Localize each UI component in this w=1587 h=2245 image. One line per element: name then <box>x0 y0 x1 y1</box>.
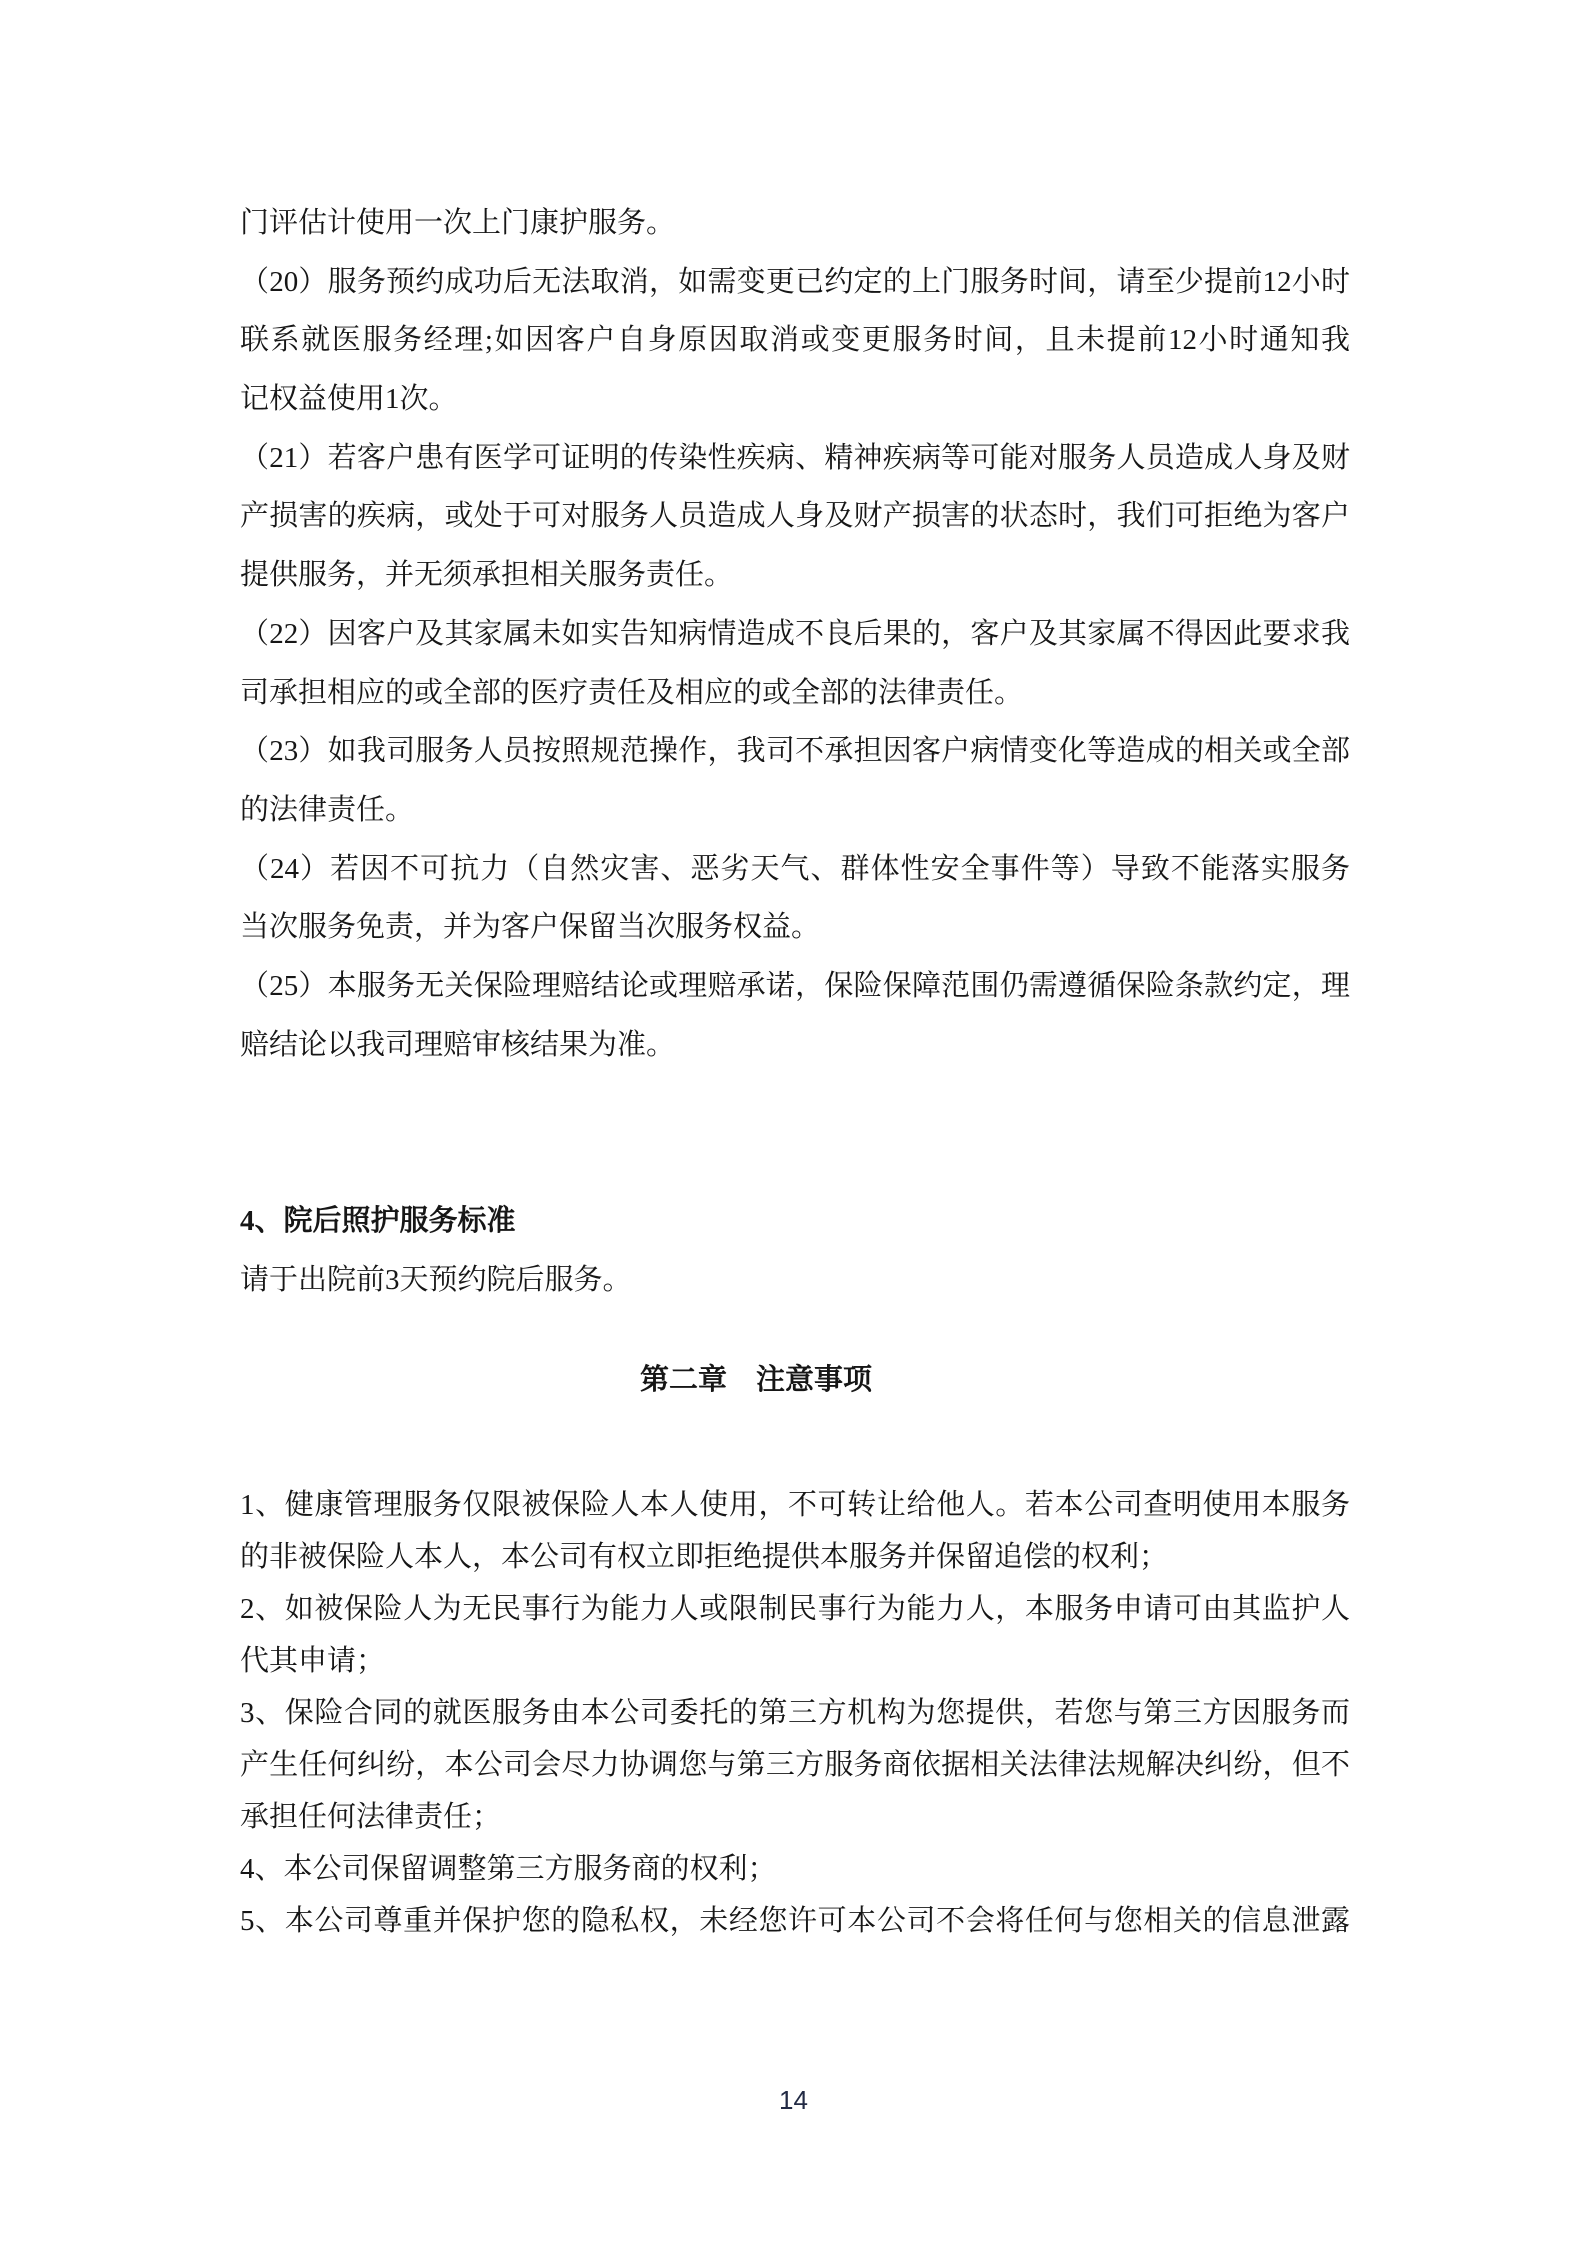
chapter-title: 第二章 注意事项 <box>201 1351 1311 1410</box>
section-heading: 4、院后照护服务标准 <box>240 1192 1350 1251</box>
note-line: 2、如被保险人为无民事行为能力人或限制民事行为能力人，本服务申请可由其监护人 <box>240 1583 1350 1635</box>
body-line: （25）本服务无关保险理赔结论或理赔承诺，保险保障范围仍需遵循保险条款约定，理 <box>240 957 1350 1016</box>
page-number: 14 <box>0 2087 1587 2113</box>
note-line: 产生任何纠纷，本公司会尽力协调您与第三方服务商依据相关法律法规解决纠纷，但不 <box>240 1739 1350 1791</box>
note-line: 1、健康管理服务仅限被保险人本人使用，不可转让给他人。若本公司查明使用本服务 <box>240 1479 1350 1531</box>
note-line: 代其申请； <box>240 1635 1350 1687</box>
page-body: 门评估计使用一次上门康护服务。 （20）服务预约成功后无法取消，如需变更已约定的… <box>240 194 1350 1947</box>
body-line: 记权益使用1次。 <box>240 370 1350 429</box>
note-line: 承担任何法律责任； <box>240 1791 1350 1843</box>
note-line: 3、保险合同的就医服务由本公司委托的第三方机构为您提供，若您与第三方因服务而 <box>240 1687 1350 1739</box>
body-line: 赔结论以我司理赔审核结果为准。 <box>240 1016 1350 1075</box>
body-line: （20）服务预约成功后无法取消，如需变更已约定的上门服务时间，请至少提前12小时 <box>240 253 1350 312</box>
section-note: 请于出院前3天预约院后服务。 <box>240 1251 1350 1310</box>
body-line: 的法律责任。 <box>240 781 1350 840</box>
body-line: 联系就医服务经理;如因客户自身原因取消或变更服务时间，且未提前12小时通知我司， <box>240 311 1350 370</box>
body-line: （24）若因不可抗力（自然灾害、恶劣天气、群体性安全事件等）导致不能落实服务的， <box>240 840 1350 899</box>
body-line: （23）如我司服务人员按照规范操作，我司不承担因客户病情变化等造成的相关或全部 <box>240 722 1350 781</box>
body-line: （22）因客户及其家属未如实告知病情造成不良后果的，客户及其家属不得因此要求我 <box>240 605 1350 664</box>
body-line: 产损害的疾病，或处于可对服务人员造成人身及财产损害的状态时，我们可拒绝为客户 <box>240 487 1350 546</box>
note-line: 的非被保险人本人，本公司有权立即拒绝提供本服务并保留追偿的权利； <box>240 1531 1350 1583</box>
note-line: 4、本公司保留调整第三方服务商的权利； <box>240 1843 1350 1895</box>
note-line: 5、本公司尊重并保护您的隐私权，未经您许可本公司不会将任何与您相关的信息泄露 <box>240 1895 1350 1947</box>
notes-section: 1、健康管理服务仅限被保险人本人使用，不可转让给他人。若本公司查明使用本服务 的… <box>240 1479 1350 1947</box>
document-page: 门评估计使用一次上门康护服务。 （20）服务预约成功后无法取消，如需变更已约定的… <box>0 0 1587 2245</box>
body-line: 司承担相应的或全部的医疗责任及相应的或全部的法律责任。 <box>240 664 1350 723</box>
body-line: （21）若客户患有医学可证明的传染性疾病、精神疾病等可能对服务人员造成人身及财 <box>240 429 1350 488</box>
body-line: 门评估计使用一次上门康护服务。 <box>240 194 1350 253</box>
body-line: 当次服务免责，并为客户保留当次服务权益。 <box>240 898 1350 957</box>
body-line: 提供服务，并无须承担相关服务责任。 <box>240 546 1350 605</box>
